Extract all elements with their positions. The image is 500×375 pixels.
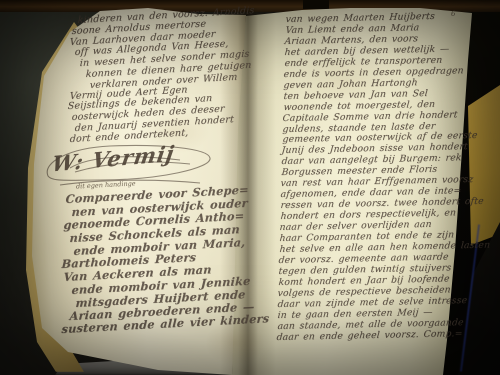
handwriting-layer: W: Vermij dit egen handinge 6 kinderen v… xyxy=(0,0,500,375)
folio-number: 6 xyxy=(451,10,455,18)
manuscript-photo: W: Vermij dit egen handinge 6 kinderen v… xyxy=(0,0,500,375)
